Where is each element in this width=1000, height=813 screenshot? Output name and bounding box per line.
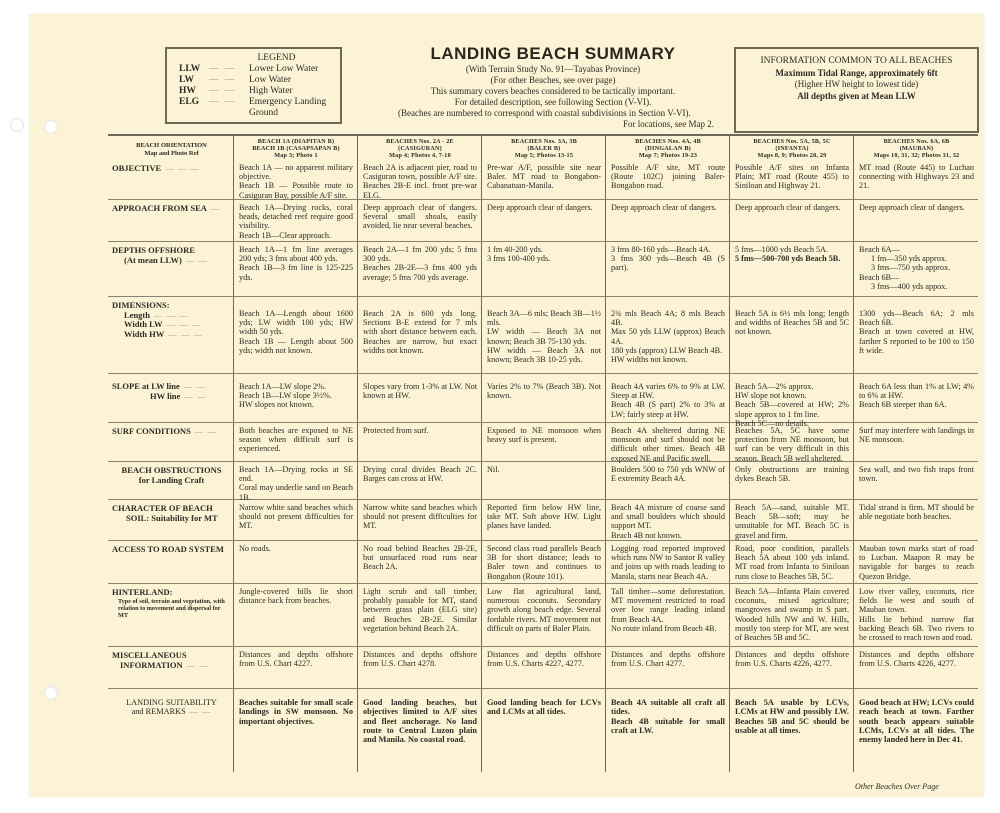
cell-text: Beach 5A—2% approx. [735,382,849,391]
column-header-line: BEACHES Nos. 4A, 4B [611,138,725,145]
table-cell: Beach 3A—6 mls; Beach 3B—1½ mls.LW width… [481,297,605,373]
cell-text: 3 fms 80-160 yds—Beach 4A. [611,245,725,254]
table-cell: Deep approach clear of dangers. [605,200,729,241]
cell-text: Pre-war A/F, possible site near Baler. M… [487,163,601,191]
cell-text: 1300 yds—Beach 6A; 2 mls Beach 6B. [859,309,974,327]
table-cell: Exposed to NE monsoon when heavy surf is… [481,423,605,461]
cell-text: Beach 1A—Drying rocks at SE end. [239,465,353,483]
table-cell: Beach 4A suitable all craft all tides.Be… [605,689,729,772]
table-cell: MT road (Route 445) to Luchan connecting… [853,160,978,199]
corner-line: Map and Photo Ref [112,150,231,158]
table-cell: Possible A/F site, MT route (Route 102C)… [605,160,729,199]
table-cell: Beach 5A is 6½ mls long; length and widt… [729,297,853,373]
cell-text: Possible A/F sites on Infanta Plain; MT … [735,163,849,191]
cell-text: Beach at town covered at HW, farther S r… [859,327,974,355]
legend-definition: Lower Low Water [249,64,334,75]
cell-text: Beach 4A mixture of coarse sand and smal… [611,503,725,531]
table-cell: Beach 4A varies 6% to 9% at LW. Steep at… [605,374,729,422]
cell-text: Beach 1B—Clear approach. [239,231,353,240]
cell-text: Beach 3A—6 mls; Beach 3B—1½ mls. [487,309,601,327]
cell-text: 5 fms—500-700 yds Beach 5B. [735,254,849,263]
cell-text: Narrow white sand beaches which should n… [239,503,353,531]
info-depths: All depths given at Mean LLW [736,91,977,103]
table-cell: Beach 2A is adjacent pier, road to Casig… [357,160,481,199]
column-header-line: (CASIGURAN) [363,145,477,152]
cell-text: Distances and depths offshore from U.S. … [363,650,477,668]
row-label: CHARACTER OF BEACHSOIL: Suitability for … [108,500,233,540]
cell-text: Drying coral divides Beach 2C. Barges ca… [363,465,477,483]
legend-abbr: HW [179,86,209,97]
cell-text: Logging road reported improved which run… [611,544,725,581]
row-label: APPROACH FROM SEA— [108,200,233,241]
table-cell: Reported firm below HW line, take MT. So… [481,500,605,540]
legend-title: LEGEND [179,53,334,63]
subtitle: (With Terrain Study No. 91—Tayabas Provi… [388,64,718,75]
locations-note: For locations, see Map 2. [623,119,714,130]
table-cell: Low river valley, coconuts, rice fields … [853,584,978,646]
cell-text: Exposed to NE monsoon when heavy surf is… [487,426,601,444]
row-label: DEPTHS OFFSHORE(At mean LLW)— — [108,242,233,296]
cell-text: Surf may interfere with landings in NE m… [859,426,974,444]
row-label: OBJECTIVE— — — [108,160,233,199]
table-cell: Slopes vary from 1-3% at LW. Not known a… [357,374,481,422]
cell-text: 2¾ mls Beach 4A; 8 mls Beach 4B. [611,309,725,327]
table-cell: Beach 1A—1 fm line averages 200 yds; 3 f… [233,242,357,296]
cell-text: Beach 4A suitable all craft all tides. [611,698,725,717]
cell-text: Beach 1A—Drying rocks, coral heads, deta… [239,203,353,231]
table-cell: 5 fms—1000 yds Beach 5A.5 fms—500-700 yd… [729,242,853,296]
beach-summary-table: BEACH ORIENTATION Map and Photo Ref BEAC… [108,136,978,772]
corner-header: BEACH ORIENTATION Map and Photo Ref [108,136,233,160]
table-cell: Only obstructions are training dykes Bea… [729,462,853,499]
cell-text: Beach 1B — Length about 500 yds; width n… [239,337,353,355]
row-label-text: ACCESS TO ROAD SYSTEM [112,544,224,554]
cell-text: Beach 5A is 6½ mls long; length and widt… [735,309,849,337]
cell-text: Beach 6B steeper than 6A. [859,400,974,409]
table-cell: Beaches suitable for small scale landing… [233,689,357,772]
cell-text: Distances and depths offshore from U.S. … [611,650,725,668]
cell-text: Beach 1A—LW slope 2%. [239,382,353,391]
table-cell: Beach 1A — no apparent military objectiv… [233,160,357,199]
cell-text: Beach 6A— [859,245,974,254]
table-cell: Possible A/F sites on Infanta Plain; MT … [729,160,853,199]
table-cell: Sea wall, and two fish traps front town. [853,462,978,499]
column-header-line: Map 5; Photos 13-15 [487,152,601,159]
table-row-slope: SLOPE at LW line— — HW line— — Beach 1A—… [108,374,978,423]
cell-text: Beach 6A less than 1% at LW; 4% to 6% at… [859,382,974,400]
cell-text: Tidal strand is firm. MT should be able … [859,503,974,521]
table-cell: Beach 4A sheltered during NE monsoon and… [605,423,729,461]
table-cell: Beach 1A—Drying rocks, coral heads, deta… [233,200,357,241]
table-cell: Nil. [481,462,605,499]
cell-text: Beach 5A—Infanta Plain covered coconuts,… [735,587,849,642]
row-sublabel: Length [124,310,150,320]
table-row-objective: OBJECTIVE— — — Beach 1A — no apparent mi… [108,160,978,200]
cell-text: Beach 2A is adjacent pier, road to Casig… [363,163,477,200]
column-header: BEACHES Nos. 4A, 4B (DINGALAN B) Map 7; … [605,136,729,160]
row-sublabel: Width HW [124,329,164,339]
table-cell: Deep approach clear of dangers. [853,200,978,241]
row-label-text: SLOPE at LW line [112,381,180,391]
row-label: SURF CONDITIONS— — [108,423,233,461]
cell-text: No route inland from Beach 4B. [611,624,725,633]
legend-box: LEGEND LLW — — Lower Low Water LW — — Lo… [165,47,342,124]
cell-text: Good landing beaches, but objectives lim… [363,698,477,744]
cell-text: No roads. [239,544,353,553]
table-header-row: BEACH ORIENTATION Map and Photo Ref BEAC… [108,136,978,160]
row-sublabel: and REMARKS [132,707,186,716]
cell-text: Beaches 5A, 5C have some protection from… [735,426,849,463]
cell-text: Boulders 500 to 750 yds WNW of E extremi… [611,465,725,483]
table-cell: Distances and depths offshore from U.S. … [853,647,978,688]
table-cell: Protected from surf. [357,423,481,461]
row-label-text: APPROACH FROM SEA [112,203,207,213]
column-header: BEACHES Nos. 3A, 3B (BALER B) Map 5; Pho… [481,136,605,160]
cell-text: Beach 5A—sand, suitable MT. Beach 5B—sof… [735,503,849,540]
column-header: BEACHES Nos. 2A - 2E (CASIGURAN) Map 4; … [357,136,481,160]
row-sublabel: for Landing Craft [112,476,231,486]
cell-text: Beach 2A—1 fm 200 yds; 5 fms 300 yds. [363,245,477,263]
table-cell: Boulders 500 to 750 yds WNW of E extremi… [605,462,729,499]
cell-text: Max 50 yds LLW (approx) Beach 4A. [611,327,725,345]
table-cell: Distances and depths offshore from U.S. … [233,647,357,688]
summary-note: For detailed description, see following … [388,97,718,108]
cell-text: Beach 6B— [859,273,974,282]
cell-text: 3 fms 100-400 yds. [487,254,601,263]
legend-definition: Emergency Landing Ground [249,97,334,119]
table-cell: Good landing beaches, but objectives lim… [357,689,481,772]
cell-text: Protected from surf. [363,426,477,435]
cell-text: Both beaches are exposed to NE season wh… [239,426,353,454]
legend-abbr: LLW [179,64,209,75]
corner-line: BEACH ORIENTATION [112,142,231,150]
table-cell: Both beaches are exposed to NE season wh… [233,423,357,461]
legend-dash: — — [209,97,249,119]
table-row-depths: DEPTHS OFFSHORE(At mean LLW)— — Beach 1A… [108,242,978,297]
table-cell: Beach 5A usable by LCVs, LCMs at HW and … [729,689,853,772]
legend-item: ELG — — Emergency Landing Ground [179,97,334,119]
table-cell: Beach 6A less than 1% at LW; 4% to 6% at… [853,374,978,422]
table-cell: Beach 6A—1 fm—350 yds approx.3 fms—750 y… [853,242,978,296]
numbering-note: (Beaches are numbered to correspond with… [398,108,691,118]
table-row-character: CHARACTER OF BEACHSOIL: Suitability for … [108,500,978,541]
cell-text: Narrow white sand beaches which should n… [363,503,477,531]
table-row-dimensions: DIMENSIONS: Length— — — Width LW— — — Wi… [108,297,978,374]
legend-dash: — — [209,75,249,86]
cell-text: Beach 4A varies 6% to 9% at LW. Steep at… [611,382,725,400]
legend-definition: Low Water [249,75,334,86]
table-cell: 1300 yds—Beach 6A; 2 mls Beach 6B.Beach … [853,297,978,373]
table-cell: Good beach at HW; LCVs could reach beach… [853,689,978,772]
cell-text: Beach 1A—1 fm line averages 200 yds; 3 f… [239,245,353,263]
punch-hole [44,686,58,700]
row-sublabel: (At mean LLW) [124,255,182,265]
title-block: LANDING BEACH SUMMARY (With Terrain Stud… [388,44,718,130]
table-row-approach: APPROACH FROM SEA— Beach 1A—Drying rocks… [108,200,978,242]
cell-text: Deep approach clear of dangers. [487,203,601,212]
table-cell: Drying coral divides Beach 2C. Barges ca… [357,462,481,499]
cell-text: Beach 1A — no apparent military objectiv… [239,163,353,181]
table-cell: Beach 4A mixture of coarse sand and smal… [605,500,729,540]
row-sublabel: SOIL: Suitability for MT [112,514,231,524]
table-row-misc: MISCELLANEOUSINFORMATION— — Distances an… [108,647,978,689]
column-header-line: (DINGALAN B) [611,145,725,152]
summary-note: This summary covers beaches considered t… [388,86,718,97]
cell-text: 3 fms—400 yds appox. [859,282,974,291]
row-label: LANDING SUITABILITYand REMARKS— — [108,689,233,772]
row-label: HINTERLAND:Type of soil, terrain and veg… [108,584,233,646]
table-cell: Beaches 5A, 5C have some protection from… [729,423,853,461]
table-row-access: ACCESS TO ROAD SYSTEM No roads. No road … [108,541,978,584]
column-header-line: BEACHES Nos. 6A, 6B [859,138,974,145]
row-sublabel: Width LW [124,319,163,329]
table-cell: Distances and depths offshore from U.S. … [481,647,605,688]
legend-item: HW — — High Water [179,86,334,97]
subtitle: (For other Beaches, see over page) [388,75,718,86]
column-header-line: Maps 8, 9; Photos 28, 29 [735,152,849,159]
column-header: BEACHES Nos. 5A, 5B, 5C (INFANTA) Maps 8… [729,136,853,160]
table-cell: Beach 2A is 600 yds long. Sections B-E e… [357,297,481,373]
cell-text: 3 fms 300 yds—Beach 4B (S part). [611,254,725,272]
cell-text: Beach 5A usable by LCVs, LCMs at HW and … [735,698,849,735]
table-cell: Deep approach clear of dangers. [481,200,605,241]
table-cell: Beach 1A—LW slope 2%.Beach 1B—LW slope 3… [233,374,357,422]
cell-text: Light scrub and tall timber, probably pa… [363,587,477,633]
cell-text: MT road (Route 445) to Luchan connecting… [859,163,974,191]
column-header-line: (MAUBAN) [859,145,974,152]
cell-text: Possible A/F site, MT route (Route 102C)… [611,163,725,191]
row-sublabel: INFORMATION [120,660,183,670]
table-cell: Low flat agricultural land, numerous coc… [481,584,605,646]
cell-text: Low flat agricultural land, numerous coc… [487,587,601,633]
table-cell: Beach 1A—Length about 1600 yds; LW width… [233,297,357,373]
cell-text: HW slopes not known. [239,400,353,409]
cell-text: Beach 2A is 600 yds long. Sections B-E e… [363,309,477,355]
column-header-line: BEACHES Nos. 3A, 3B [487,138,601,145]
cell-text: Slopes vary from 1-3% at LW. Not known a… [363,382,477,400]
row-label-text: SURF CONDITIONS [112,426,191,436]
table-cell: Good landing beach for LCVs and LCMs at … [481,689,605,772]
table-cell: Deep approach clear of dangers. [729,200,853,241]
cell-text: 1 fm—350 yds approx. [859,254,974,263]
table-cell: Road, poor condition, parallels Beach 5A… [729,541,853,583]
column-header-line: Maps 10, 31, 32; Photos 31, 32 [859,152,974,159]
cell-text: LW width — Beach 3A not known; Beach 3B … [487,327,601,345]
cell-text: Beach 1B—LW slope 3½%. [239,391,353,400]
cell-text: Deep approach clear of dangers. [859,203,974,212]
cell-text: Beach 1B—3 fm line is 125-225 yds. [239,263,353,281]
cell-text: Deep approach clear of dangers. [735,203,849,212]
column-header-line: Map 7; Photos 19-23 [611,152,725,159]
punch-hole [44,120,58,134]
legend-item: LW — — Low Water [179,75,334,86]
table-cell: Distances and depths offshore from U.S. … [605,647,729,688]
row-label-text: OBJECTIVE [112,163,161,173]
legend-abbr: ELG [179,97,209,119]
cell-text: Beach 4B not known. [611,531,725,540]
cell-text: Beach 4A sheltered during NE monsoon and… [611,426,725,463]
table-cell: Pre-war A/F, possible site near Baler. M… [481,160,605,199]
legend-dash: — — [209,64,249,75]
legend-definition: High Water [249,86,334,97]
cell-text: Road, poor condition, parallels Beach 5A… [735,544,849,581]
row-sublabel: Type of soil, terrain and vegetation, wi… [112,598,231,619]
punch-hole [10,118,24,132]
table-cell: Light scrub and tall timber, probably pa… [357,584,481,646]
cell-text: Good beach at HW; LCVs could reach beach… [859,698,974,744]
table-cell: 2¾ mls Beach 4A; 8 mls Beach 4B.Max 50 y… [605,297,729,373]
cell-text: Low river valley, coconuts, rice fields … [859,587,974,615]
cell-text: Reported firm below HW line, take MT. So… [487,503,601,531]
table-cell: Mauban town marks start of road to Lucba… [853,541,978,583]
cell-text: Beach 1B — Possible route to Casiguran B… [239,181,353,199]
table-cell: Beach 1A—Drying rocks at SE end.Coral ma… [233,462,357,499]
column-header-line: Map 4; Photos 4, 7-10 [363,152,477,159]
cell-text: Beach 4B suitable for small craft at LW. [611,717,725,736]
cell-text: Distances and depths offshore from U.S. … [487,650,601,668]
table-cell: Jungle-covered hills lie short distance … [233,584,357,646]
cell-text: Beach 1A—Length about 1600 yds; LW width… [239,309,353,337]
cell-text: Good landing beach for LCVs and LCMs at … [487,698,601,717]
cell-text: Distances and depths offshore from U.S. … [735,650,849,668]
column-header-line: BEACHES Nos. 2A - 2E [363,138,477,145]
cell-text: Beach 5B—covered at HW; 2% slope approx … [735,400,849,418]
table-row-hinterland: HINTERLAND:Type of soil, terrain and veg… [108,584,978,647]
column-header-line: BEACHES Nos. 5A, 5B, 5C [735,138,849,145]
table-cell: Narrow white sand beaches which should n… [357,500,481,540]
cell-text: HW widths not known. [611,355,725,364]
table-cell: Varies 2% to 7% (Beach 3B). Not known. [481,374,605,422]
info-tidal-range: Maximum Tidal Range, approximately 6ft [736,68,977,80]
table-cell: Logging road reported improved which run… [605,541,729,583]
cell-text: Sea wall, and two fish traps front town. [859,465,974,483]
summary-note: (Beaches are numbered to correspond with… [388,108,718,119]
table-cell: Distances and depths offshore from U.S. … [729,647,853,688]
cell-text: Beach 4B (S part) 2% to 3% at LW; fairly… [611,400,725,418]
table-cell: No road behind Beaches 2B-2E, but unsurf… [357,541,481,583]
cell-text: Deep approach clear of dangers. [611,203,725,212]
cell-text: Beaches suitable for small scale landing… [239,698,353,726]
page-title: LANDING BEACH SUMMARY [388,44,718,64]
table-cell: No roads. [233,541,357,583]
info-title: INFORMATION COMMON TO ALL BEACHES [736,56,977,68]
row-label-text: HINTERLAND: [112,588,231,598]
cell-text: Only obstructions are training dykes Bea… [735,465,849,483]
column-header-line: (INFANTA) [735,145,849,152]
table-row-surf: SURF CONDITIONS— — Both beaches are expo… [108,423,978,462]
cell-text: No road behind Beaches 2B-2E, but unsurf… [363,544,477,572]
cell-text: Beaches 2B-2E—3 fms 400 yds average; 5 f… [363,263,477,281]
row-sublabel: HW line [150,391,180,401]
cell-text: Distances and depths offshore from U.S. … [239,650,353,668]
column-header-line: Map 3; Photo 1 [239,152,353,159]
column-header-line: BEACH 1B (CASAPSAPAN B) [239,145,353,152]
cell-text: Nil. [487,465,601,474]
cell-text: Distances and depths offshore from U.S. … [859,650,974,668]
column-header: BEACHES Nos. 6A, 6B (MAUBAN) Maps 10, 31… [853,136,978,160]
table-cell: 1 fm 40-200 yds.3 fms 100-400 yds. [481,242,605,296]
table-cell: Narrow white sand beaches which should n… [233,500,357,540]
column-header-line: (BALER B) [487,145,601,152]
table-cell: Beach 5A—sand, suitable MT. Beach 5B—sof… [729,500,853,540]
row-label: MISCELLANEOUSINFORMATION— — [108,647,233,688]
cell-text: Hills lie behind narrow flat backing Bea… [859,615,974,643]
cell-text: Tall timber—some deforestation. MT movem… [611,587,725,624]
info-box: INFORMATION COMMON TO ALL BEACHES Maximu… [734,47,979,133]
legend-abbr: LW [179,75,209,86]
cell-text: 5 fms—1000 yds Beach 5A. [735,245,849,254]
row-label: DIMENSIONS: Length— — — Width LW— — — Wi… [108,297,233,373]
cell-text: Deep approach clear of dangers. Several … [363,203,477,231]
cell-text: Mauban town marks start of road to Lucba… [859,544,974,581]
row-label: ACCESS TO ROAD SYSTEM [108,541,233,583]
cell-text: 3 fms—750 yds approx. [859,263,974,272]
cell-text: Jungle-covered hills lie short distance … [239,587,353,605]
table-cell: Beach 5A—2% approx.HW slope not known.Be… [729,374,853,422]
column-header: BEACH 1A (DIAPITAN B) BEACH 1B (CASAPSAP… [233,136,357,160]
cell-text: Varies 2% to 7% (Beach 3B). Not known. [487,382,601,400]
legend-item: LLW — — Lower Low Water [179,64,334,75]
table-cell: Tall timber—some deforestation. MT movem… [605,584,729,646]
legend-dash: — — [209,86,249,97]
table-cell: Surf may interfere with landings in NE m… [853,423,978,461]
table-cell: Beach 2A—1 fm 200 yds; 5 fms 300 yds.Bea… [357,242,481,296]
other-beaches-note: Other Beaches Over Page [855,782,939,791]
info-tidal-note: (Higher HW height to lowest tide) [736,79,977,91]
table-row-obstructions: BEACH OBSTRUCTIONSfor Landing Craft Beac… [108,462,978,500]
column-header-line: BEACH 1A (DIAPITAN B) [239,138,353,145]
table-row-remarks: LANDING SUITABILITYand REMARKS— — Beache… [108,689,978,772]
cell-text: HW width — Beach 3A not known; Beach 3B … [487,346,601,364]
cell-text: 1 fm 40-200 yds. [487,245,601,254]
row-label: SLOPE at LW line— — HW line— — [108,374,233,422]
cell-text: Second class road parallels Beach 3B for… [487,544,601,581]
table-cell: 3 fms 80-160 yds—Beach 4A.3 fms 300 yds—… [605,242,729,296]
table-cell: Second class road parallels Beach 3B for… [481,541,605,583]
cell-text: 180 yds (approx) LLW Beach 4B. [611,346,725,355]
table-cell: Distances and depths offshore from U.S. … [357,647,481,688]
row-label: BEACH OBSTRUCTIONSfor Landing Craft [108,462,233,499]
row-label-text: LANDING SUITABILITY [112,698,231,707]
table-cell: Tidal strand is firm. MT should be able … [853,500,978,540]
cell-text: HW slope not known. [735,391,849,400]
table-cell: Deep approach clear of dangers. Several … [357,200,481,241]
table-cell: Beach 5A—Infanta Plain covered coconuts,… [729,584,853,646]
